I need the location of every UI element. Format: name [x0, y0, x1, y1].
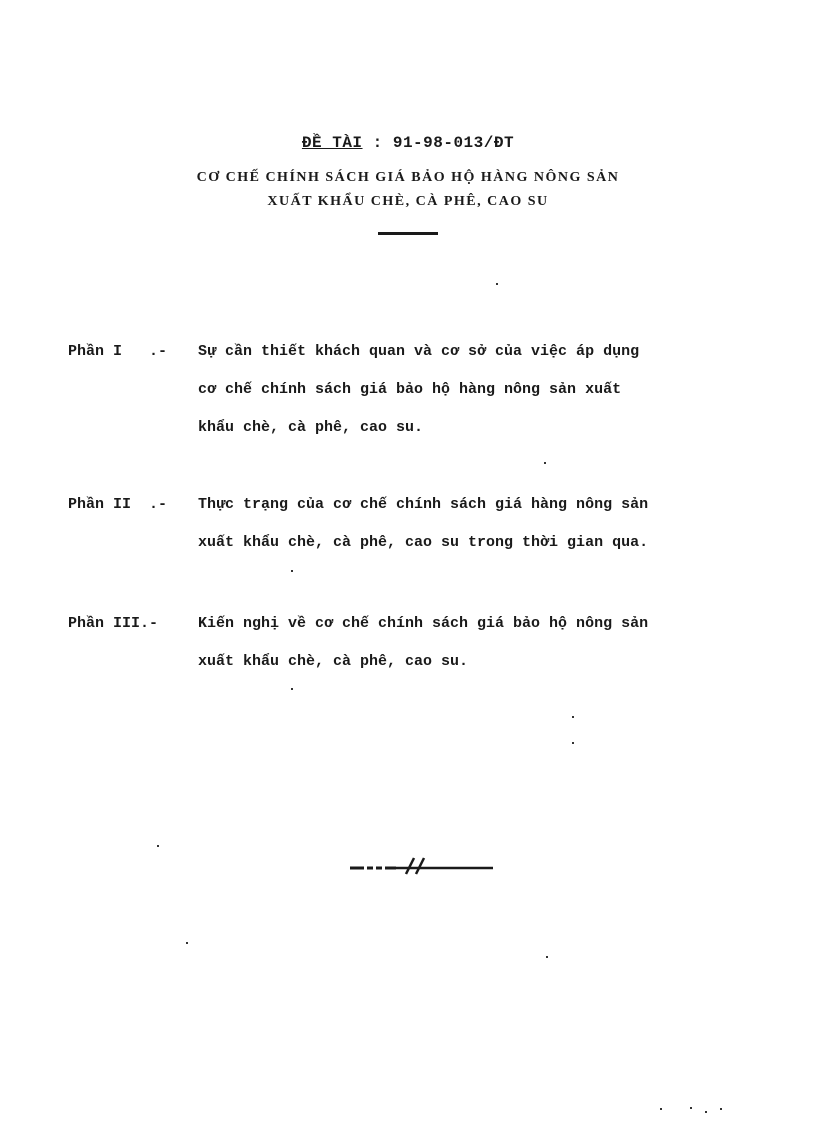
section-line: xuất khẩu chè, cà phê, cao su. [198, 643, 798, 681]
scan-speck [291, 688, 293, 690]
section-line: cơ chế chính sách giá bảo hộ hàng nông s… [198, 371, 798, 409]
scan-speck [572, 742, 574, 744]
section-part-3: Phần III.- Kiến nghị về cơ chế chính sác… [68, 605, 798, 681]
section-body: Kiến nghị về cơ chế chính sách giá bảo h… [198, 605, 798, 681]
scan-speck [544, 462, 546, 464]
scan-speck [660, 1108, 662, 1110]
section-line: Kiến nghị về cơ chế chính sách giá bảo h… [198, 605, 798, 643]
section-body: Sự cần thiết khách quan và cơ sở của việ… [198, 333, 798, 447]
section-line: khẩu chè, cà phê, cao su. [198, 409, 798, 447]
scan-speck [572, 716, 574, 718]
document-title-line-1: CƠ CHẾ CHÍNH SÁCH GIÁ BẢO HỘ HÀNG NÔNG S… [0, 166, 816, 190]
scan-speck [496, 283, 498, 285]
section-label: Phần I .- [68, 333, 198, 447]
section-label: Phần II .- [68, 486, 198, 562]
section-body: Thực trạng của cơ chế chính sách giá hàn… [198, 486, 798, 562]
section-label: Phần III.- [68, 605, 198, 681]
document-page: ĐỀ TÀI : 91-98-013/ĐT CƠ CHẾ CHÍNH SÁCH … [0, 0, 816, 1123]
scan-speck [291, 570, 293, 572]
document-header: ĐỀ TÀI : 91-98-013/ĐT CƠ CHẾ CHÍNH SÁCH … [0, 134, 816, 235]
section-line: Sự cần thiết khách quan và cơ sở của việ… [198, 333, 798, 371]
end-of-section-mark [348, 852, 493, 876]
scan-speck [546, 956, 548, 958]
section-line: xuất khẩu chè, cà phê, cao su trong thời… [198, 524, 798, 562]
scan-speck [157, 845, 159, 847]
project-code-value: 91-98-013/ĐT [393, 134, 514, 152]
section-line: Thực trạng của cơ chế chính sách giá hàn… [198, 486, 798, 524]
project-code-line: ĐỀ TÀI : 91-98-013/ĐT [0, 134, 816, 152]
scan-speck [186, 942, 188, 944]
title-divider [378, 232, 438, 235]
scan-speck [720, 1108, 722, 1110]
scan-speck [690, 1107, 692, 1109]
scan-speck [705, 1111, 707, 1113]
project-code-separator: : [363, 134, 393, 152]
section-part-2: Phần II .- Thực trạng của cơ chế chính s… [68, 486, 798, 562]
project-code-label: ĐỀ TÀI [302, 134, 363, 152]
document-title-line-2: XUẤT KHẨU CHÈ, CÀ PHÊ, CAO SU [0, 190, 816, 214]
section-part-1: Phần I .- Sự cần thiết khách quan và cơ … [68, 333, 798, 447]
